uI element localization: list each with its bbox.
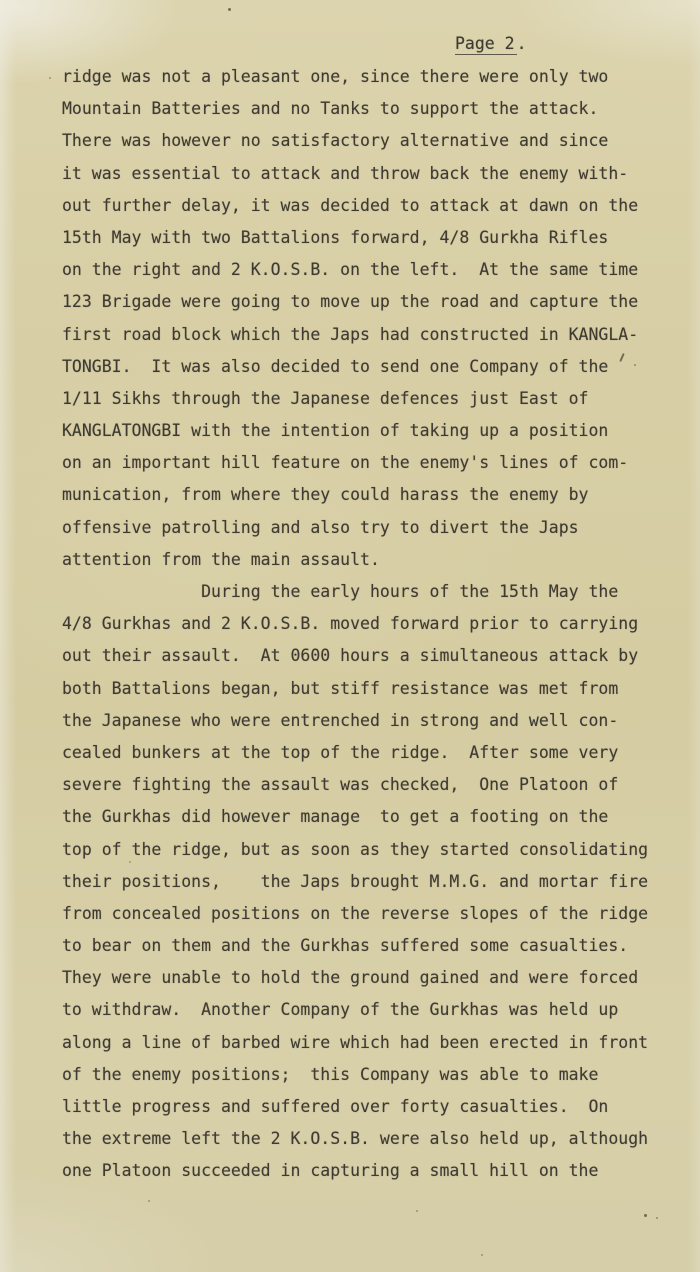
text-line-7: on the right and 2 K.O.S.B. on the left.…	[62, 254, 662, 286]
paper-speck	[129, 861, 131, 863]
text-line-30: to withdraw. Another Company of the Gurk…	[62, 994, 662, 1026]
text-line-18: 4/8 Gurkhas and 2 K.O.S.B. moved forward…	[62, 608, 662, 640]
text-line-23: severe fighting the assault was checked,…	[62, 769, 662, 801]
text-line-33: little progress and suffered over forty …	[62, 1091, 662, 1123]
text-line-12: KANGLATONGBI with the intention of takin…	[62, 415, 662, 447]
text-line-29: They were unable to hold the ground gain…	[62, 962, 662, 994]
text-line-27: from concealed positions on the reverse …	[62, 898, 662, 930]
page-number-header: Page 2.	[455, 28, 527, 60]
text-line-13: on an important hill feature on the enem…	[62, 447, 662, 479]
text-line-20: both Battalions began, but stiff resista…	[62, 673, 662, 705]
text-line-15: offensive patrolling and also try to div…	[62, 512, 662, 544]
text-line-24: the Gurkhas did however manage to get a …	[62, 801, 662, 833]
paper-speck	[416, 1210, 418, 1212]
text-line-10: TONGBI. It was also decided to send one …	[62, 351, 662, 383]
document-body: ridge was not a pleasant one, since ther…	[62, 61, 662, 1188]
paper-speck	[228, 8, 231, 11]
paper-speck	[656, 1217, 658, 1219]
text-line-9: first road block which the Japs had cons…	[62, 319, 662, 351]
document-page: Page 2. ridge was not a pleasant one, si…	[0, 0, 700, 1272]
text-line-22: cealed bunkers at the top of the ridge. …	[62, 737, 662, 769]
text-line-16: attention from the main assault.	[62, 544, 662, 576]
text-line-3: There was however no satisfactory altern…	[62, 125, 662, 157]
page-number-text: Page 2	[455, 34, 517, 55]
paper-speck	[481, 1254, 483, 1256]
paper-speck	[644, 1214, 647, 1217]
text-line-1: ridge was not a pleasant one, since ther…	[62, 61, 662, 93]
text-line-21: the Japanese who were entrenched in stro…	[62, 705, 662, 737]
text-line-28: to bear on them and the Gurkhas suffered…	[62, 930, 662, 962]
text-line-25: top of the ridge, but as soon as they st…	[62, 834, 662, 866]
paper-speck	[148, 1200, 150, 1202]
text-line-8: 123 Brigade were going to move up the ro…	[62, 286, 662, 318]
text-line-5: out further delay, it was decided to att…	[62, 190, 662, 222]
text-line-32: of the enemy positions; this Company was…	[62, 1059, 662, 1091]
text-line-34: the extreme left the 2 K.O.S.B. were als…	[62, 1123, 662, 1155]
text-line-4: it was essential to attack and throw bac…	[62, 158, 662, 190]
text-line-14: munication, from where they could harass…	[62, 479, 662, 511]
text-line-26: their positions, the Japs brought M.M.G.…	[62, 866, 662, 898]
page-number-suffix: .	[517, 34, 527, 53]
text-line-6: 15th May with two Battalions forward, 4/…	[62, 222, 662, 254]
text-line-17: During the early hours of the 15th May t…	[62, 576, 662, 608]
text-line-35: one Platoon succeeded in capturing a sma…	[62, 1155, 662, 1187]
paper-speck	[634, 364, 636, 366]
text-line-19: out their assault. At 0600 hours a simul…	[62, 640, 662, 672]
text-line-31: along a line of barbed wire which had be…	[62, 1027, 662, 1059]
text-line-2: Mountain Batteries and no Tanks to suppo…	[62, 93, 662, 125]
paper-speck	[49, 77, 51, 79]
text-line-11: 1/11 Sikhs through the Japanese defences…	[62, 383, 662, 415]
